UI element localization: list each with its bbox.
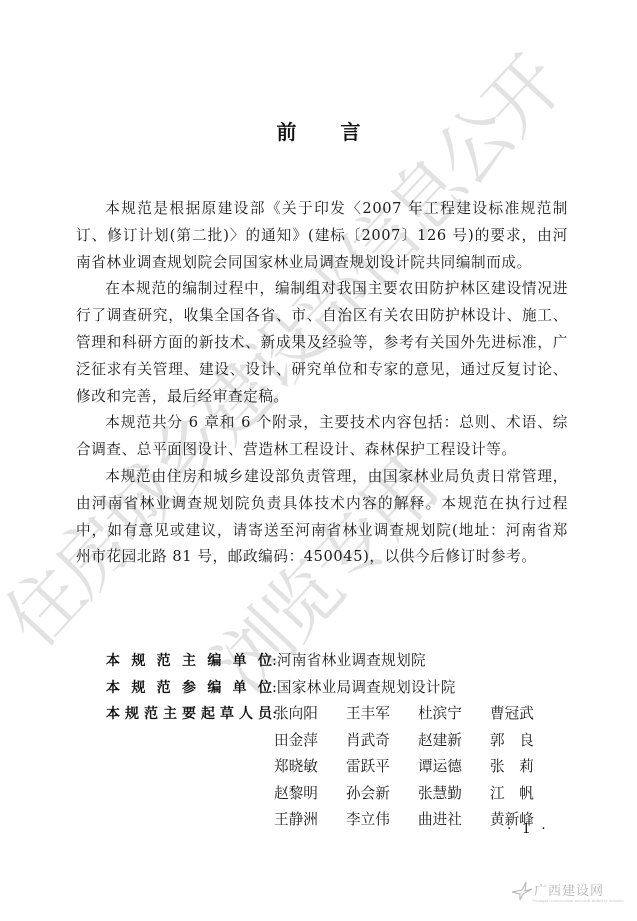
paragraph-2: 在本规范的编制过程中，编制组对我国主要农田防护林区建设情况进行了调查研究，收集全… xyxy=(76,276,568,410)
drafter-name: 肖武奇 xyxy=(346,728,418,755)
chief-unit-row: 本 规 范 主 编 单 位 : 河南省林业调查规划院 xyxy=(106,648,576,675)
paragraph-4: 本规范由住房和城乡建设部负责管理，由国家林业局负责日常管理，由河南省林业调查规划… xyxy=(76,464,568,571)
names-row-2: 田金萍 肖武奇 赵建新 郭 良 xyxy=(274,728,562,755)
drafter-name: 王静洲 xyxy=(274,807,346,834)
drafter-name: 孙会新 xyxy=(346,781,418,808)
drafter-name: 江 帆 xyxy=(490,781,562,808)
drafter-name: 王丰军 xyxy=(346,701,418,728)
drafter-name: 赵黎明 xyxy=(274,781,346,808)
participating-unit-value: 国家林业局调查规划设计院 xyxy=(277,675,456,702)
preface-body: 本规范是根据原建设部《关于印发〈2007 年工程建设标准规范制订、修订计划(第二… xyxy=(76,196,568,571)
participating-unit-label: 本 规 范 参 编 单 位 xyxy=(106,675,272,702)
chief-unit-label: 本 规 范 主 编 单 位 xyxy=(106,648,272,675)
drafter-name: 谭运德 xyxy=(418,754,490,781)
title-char-1: 前 xyxy=(277,116,297,145)
drafter-name: 郭 良 xyxy=(490,728,562,755)
chief-unit-value: 河南省林业调查规划院 xyxy=(277,648,426,675)
drafter-name: 曹冠武 xyxy=(490,701,562,728)
paragraph-3: 本规范共分 6 章和 6 个附录，主要技术内容包括：总则、术语、综合调查、总平面… xyxy=(76,410,568,464)
site-logo: 广西建设网 Guangxi construction network indus… xyxy=(510,880,630,916)
title-char-2: 言 xyxy=(341,116,361,145)
drafter-name: 杜滨宁 xyxy=(418,701,490,728)
star-logo-icon xyxy=(510,880,534,902)
drafter-name: 张慧勤 xyxy=(418,781,490,808)
logo-subtitle: Guangxi construction network industry we… xyxy=(532,898,624,903)
document-page: 住房城乡建设部信息公开 浏览专用 前言 本规范是根据原建设部《关于印发〈2007… xyxy=(0,0,637,921)
names-row-1: 张向阳 王丰军 杜滨宁 曹冠武 xyxy=(274,701,562,728)
drafter-names: 张向阳 王丰军 杜滨宁 曹冠武 田金萍 肖武奇 赵建新 郭 良 郑晓敏 雷跃平 … xyxy=(274,701,562,834)
drafter-name: 曲进社 xyxy=(418,807,490,834)
drafter-name: 雷跃平 xyxy=(346,754,418,781)
paragraph-1: 本规范是根据原建设部《关于印发〈2007 年工程建设标准规范制订、修订计划(第二… xyxy=(76,196,568,276)
drafter-name: 张 莉 xyxy=(490,754,562,781)
logo-name: 广西建设网 xyxy=(534,880,604,899)
drafter-name: 李立伟 xyxy=(346,807,418,834)
participating-unit-row: 本 规 范 参 编 单 位 : 国家林业局调查规划设计院 xyxy=(106,675,576,702)
drafter-name: 郑晓敏 xyxy=(274,754,346,781)
page-number: · 1 · xyxy=(507,821,549,837)
drafters-label: 本 规 范 主 要 起 草 人 员 xyxy=(106,701,272,728)
page-title: 前言 xyxy=(0,116,637,145)
drafter-name: 赵建新 xyxy=(418,728,490,755)
drafter-name: 张向阳 xyxy=(274,701,346,728)
names-row-3: 郑晓敏 雷跃平 谭运德 张 莉 xyxy=(274,754,562,781)
drafter-name: 田金萍 xyxy=(274,728,346,755)
names-row-4: 赵黎明 孙会新 张慧勤 江 帆 xyxy=(274,781,562,808)
